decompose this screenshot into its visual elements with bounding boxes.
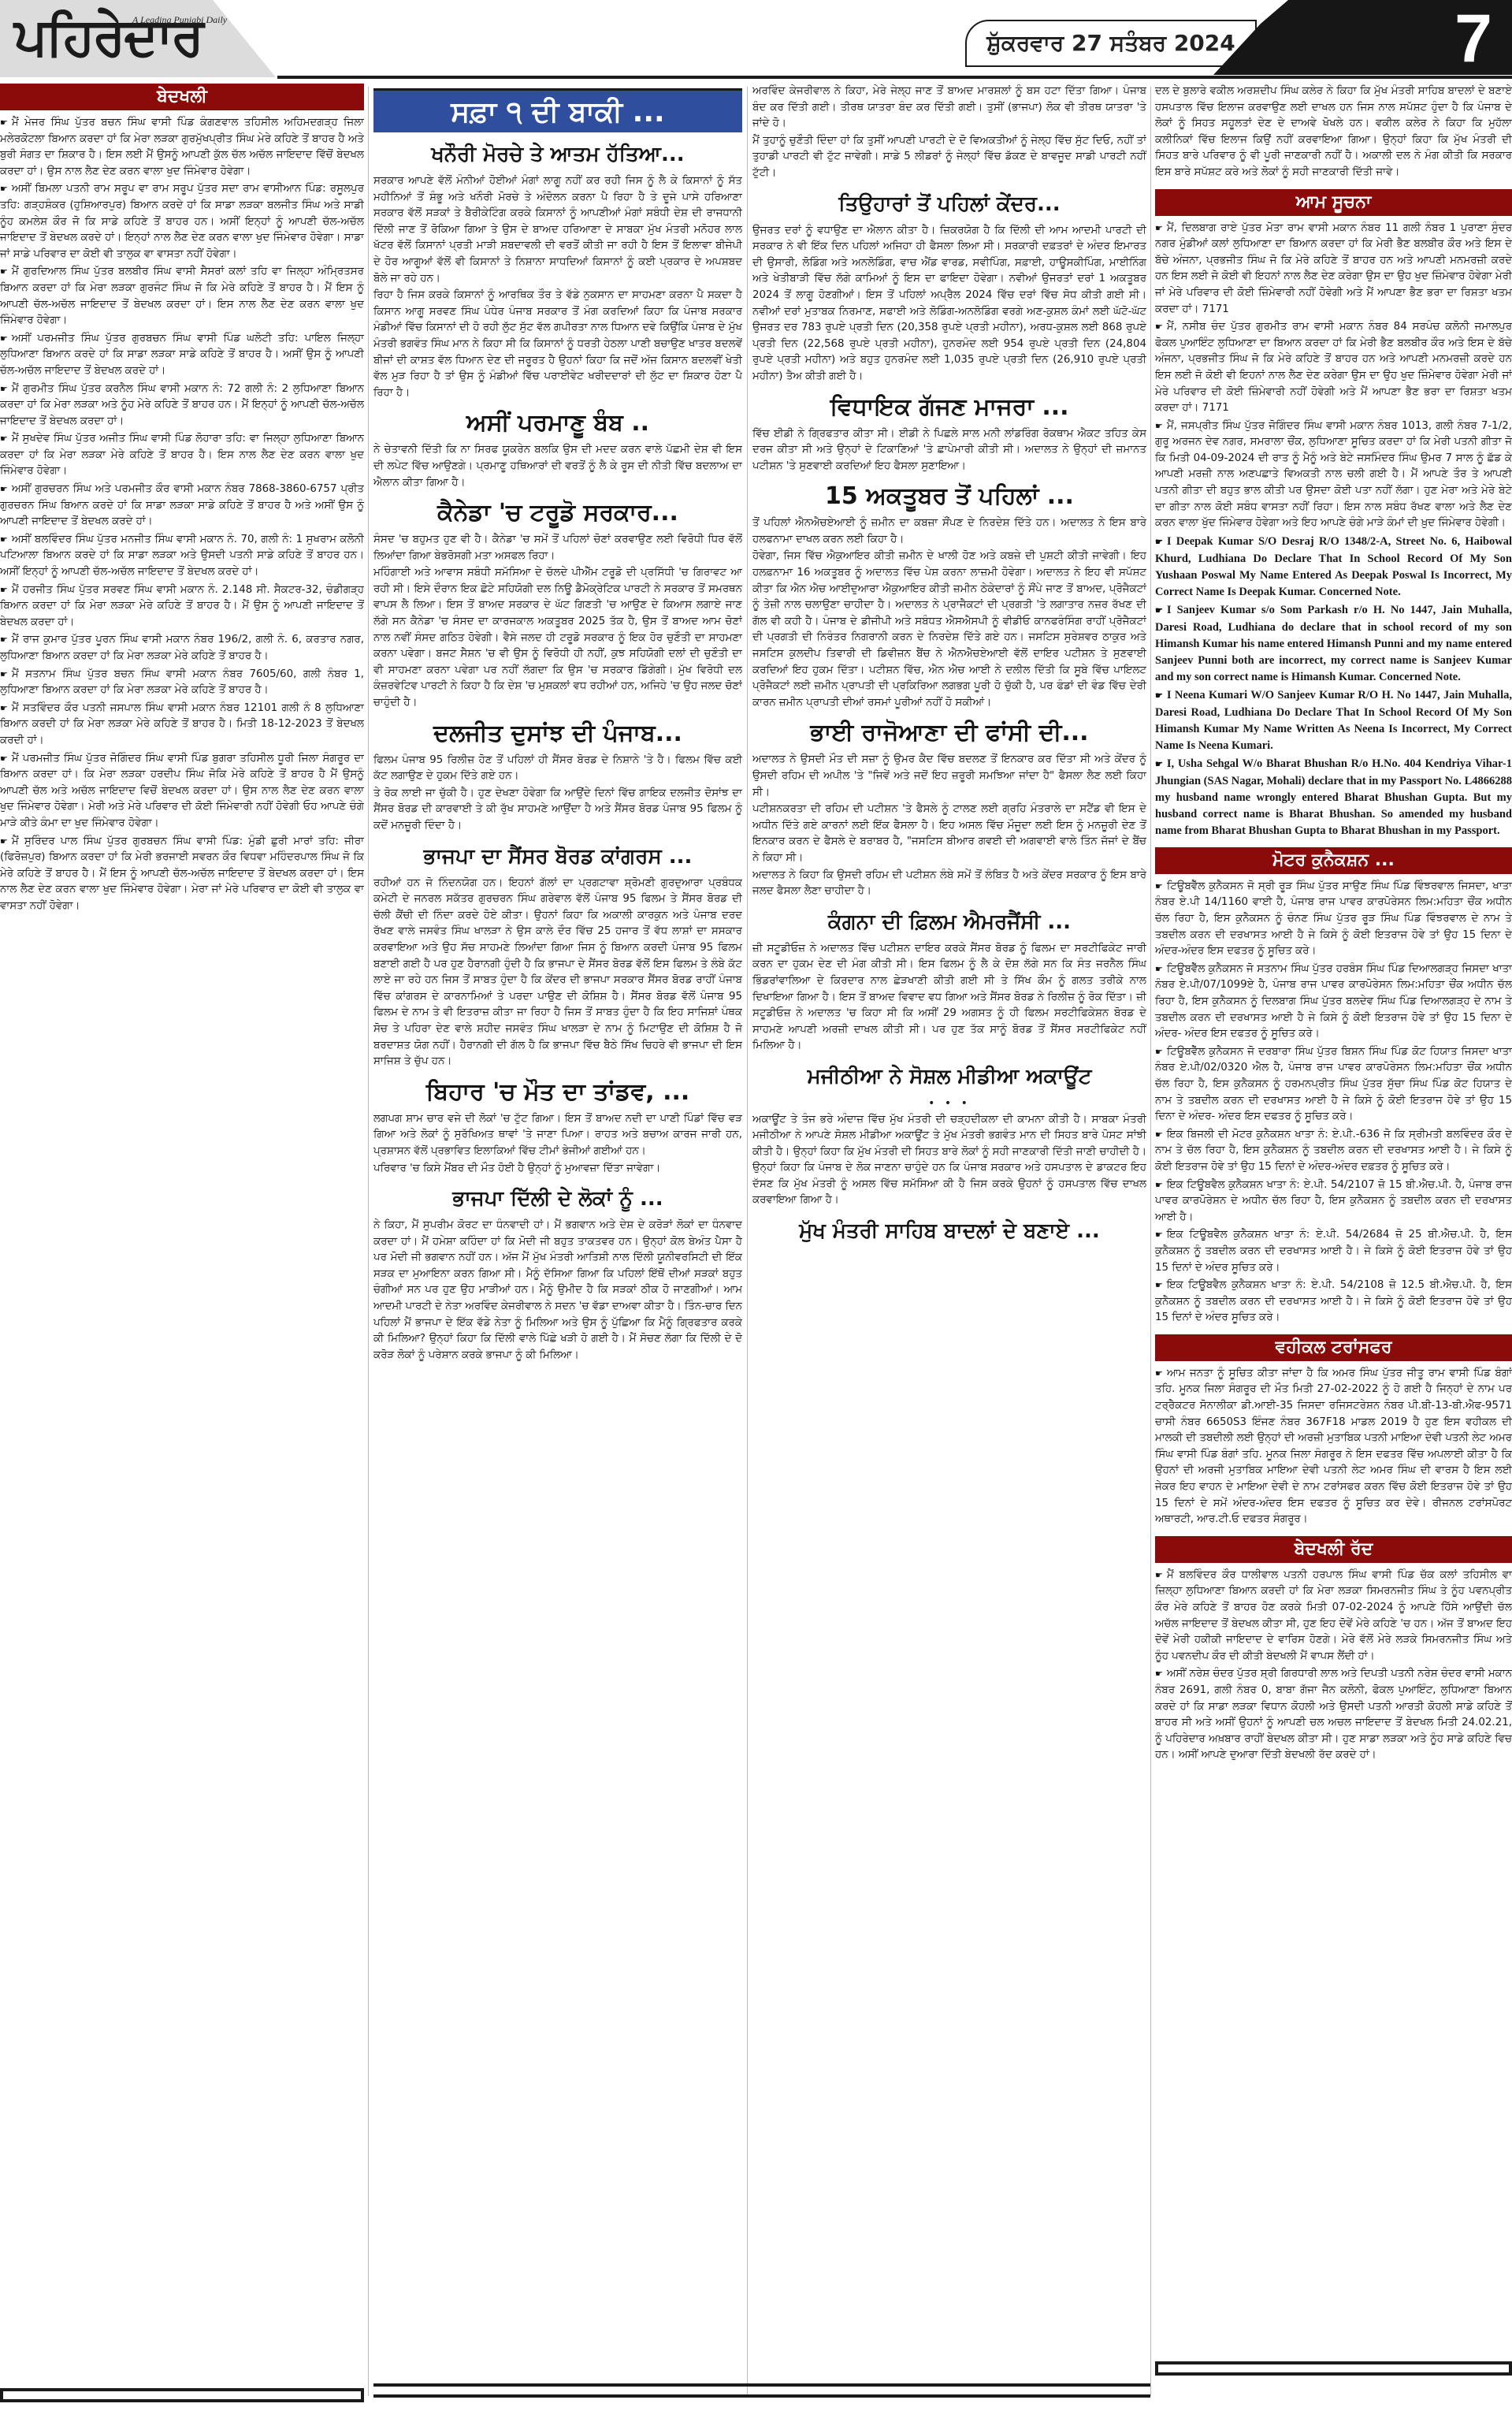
pointing-hand-icon: ☛ <box>1155 419 1163 435</box>
pointing-hand-icon: ☛ <box>1155 1178 1163 1194</box>
pointing-hand-icon: ☛ <box>0 834 8 850</box>
article-paragraph: ਸਰਕਾਰ ਆਪਣੇ ਵੱਲੋਂ ਮੰਨੀਆਂ ਹੋਈਆਂ ਮੰਗਾਂ ਲਾਗੂ… <box>373 173 742 287</box>
pointing-hand-icon: ☛ <box>0 582 8 599</box>
pointing-hand-icon: ☛ <box>1155 688 1163 705</box>
notice-item: ☛ਮੈਂ, ਨਸੀਬ ਚੰਦ ਪੁੱਤਰ ਗੁਰਮੀਤ ਰਾਮ ਵਾਸੀ ਮਕਾ… <box>1155 319 1512 417</box>
article-headline[interactable]: ਕੰਗਨਾ ਦੀ ਫ਼ਿਲਮ ਐਮਰਜੈਂਸੀ ... <box>752 905 1146 939</box>
pointing-hand-icon: ☛ <box>0 701 8 717</box>
footer-rule-left <box>0 2388 364 2402</box>
notice-text: ਮੈਂ ਮੇਜਰ ਸਿੰਘ ਪੁੱਤਰ ਬਚਨ ਸਿੰਘ ਵਾਸੀ ਪਿੰਡ ਕ… <box>0 117 364 177</box>
article-headline[interactable]: 15 ਅਕਤੂਬਰ ਤੋਂ ਪਹਿਲਾਂ ... <box>752 479 1146 514</box>
notice-item: ☛ਮੈਂ ਗੁਰਦਿਆਲ ਸਿੰਘ ਪੁੱਤਰ ਬਲਬੀਰ ਸਿੰਘ ਵਾਸੀ … <box>0 264 364 329</box>
continued-from-page-1-banner: ਸਫ਼ਾ ੧ ਦੀ ਬਾਕੀ ... <box>373 88 742 132</box>
news-column-middle-2: ਅਰਵਿੰਦ ਕੇਜਰੀਵਾਲ ਨੇ ਕਿਹਾ, ਮੇਰੇ ਜੇਲ੍ਹ ਜਾਣ … <box>752 84 1146 2401</box>
notice-text: ਮੈਂ ਪਰਮਜੀਤ ਸਿੰਘ ਪੁੱਤਰ ਜੋਗਿੰਦਰ ਸਿੰਘ ਵਾਸੀ … <box>0 753 364 829</box>
notice-text: ਅਸੀਂ ਬਲਵਿੰਦਰ ਸਿੰਘ ਪੁੱਤਰ ਮਨਜੀਤ ਸਿੰਘ ਵਾਸੀ … <box>0 534 364 578</box>
notice-text: ਮੈਂ ਗੁਰਮੀਤ ਸਿੰਘ ਪੁੱਤਰ ਕਰਨੈਲ ਸਿੰਘ ਵਾਸੀ ਮਕ… <box>0 383 364 427</box>
article-paragraph: ਮੈਂ ਤੁਹਾਨੂੰ ਚੁਣੌਤੀ ਦਿੰਦਾ ਹਾਂ ਕਿ ਤੁਸੀਂ ਆਪ… <box>752 133 1146 182</box>
pointing-hand-icon: ☛ <box>1155 1127 1163 1144</box>
notice-text: ਅਸੀਂ ਗੁਰਚਰਨ ਸਿੰਘ ਅਤੇ ਪਰਮਜੀਤ ਕੌਰ ਵਾਸੀ ਮਕਾ… <box>0 483 364 527</box>
notice-item: ☛ਇਕ ਟਿਊਬਵੈਲ ਕੁਨੈਕਸ਼ਨ ਖਾਤਾ ਨੰ: ਏ.ਪੀ. 54/2… <box>1155 1278 1512 1326</box>
notice-item: ☛I Deepak Kumar S/O Desraj R/O 1348/2-A,… <box>1155 534 1512 601</box>
pointing-hand-icon: ☛ <box>0 751 8 768</box>
notice-item: ☛ਮੈਂ, ਦਿਲਬਾਗ ਰਾਏ ਪੁੱਤਰ ਮੋਤਾ ਰਾਮ ਵਾਸੀ ਮਕਾ… <box>1155 221 1512 318</box>
header-rule <box>277 76 1512 79</box>
notice-item: ☛ਮੈਂ, ਜਸਪ੍ਰੀਤ ਸਿੰਘ ਪੁੱਤਰ ਜੋਗਿੰਦਰ ਸਿੰਘ ਵਾ… <box>1155 419 1512 532</box>
article-paragraph: ਪਟੀਸ਼ਨਕਰਤਾ ਦੀ ਰਹਿਮ ਦੀ ਪਟੀਸ਼ਨ 'ਤੇ ਫੈਸਲੇ ਨ… <box>752 802 1146 866</box>
notice-text: I, Usha Sehgal W/o Bharat Bhushan R/o H.… <box>1155 757 1512 837</box>
pointing-hand-icon: ☛ <box>1155 221 1163 237</box>
notice-text: ਅਸੀਂ ਪਰਮਜੀਤ ਸਿੰਘ ਪੁੱਤਰ ਗੁਰਬਚਨ ਸਿੰਘ ਵਾਸੀ … <box>0 333 364 377</box>
article-paragraph: ਰਹੀਆਂ ਹਨ ਜੋ ਨਿੰਦਨਯੋਗ ਹਨ। ਇਹਨਾਂ ਗੱਲਾਂ ਦਾ … <box>373 876 742 1070</box>
notice-item: ☛ਇਕ ਬਿਜਲੀ ਦੀ ਮੋਟਰ ਕੁਨੈਕਸ਼ਨ ਖਾਤਾ ਨੰ: ਏ.ਪੀ… <box>1155 1127 1512 1176</box>
notice-item: ☛ਮੈਂ ਸੁਖਦੇਵ ਸਿੰਘ ਪੁੱਤਰ ਅਜੀਤ ਸਿੰਘ ਵਾਸੀ ਪਿ… <box>0 431 364 480</box>
section-title: ਆਮ ਸੂਚਨਾ <box>1155 189 1512 216</box>
article-headline[interactable]: ਦਲਜੀਤ ਦੁਸਾਂਝ ਦੀ ਪੰਜਾਬ... <box>373 716 742 751</box>
notice-item: ☛ਟਿਊਬਵੈੱਲ ਕੁਨੈਕਸਨ ਜੋ ਸਤਨਾਮ ਸਿੰਘ ਪੁੱਤਰ ਹਰ… <box>1155 962 1512 1043</box>
notice-item: ☛ਆਮ ਜਨਤਾ ਨੂੰ ਸੂਚਿਤ ਕੀਤਾ ਜਾਂਦਾ ਹੈ ਕਿ ਅਮਰ … <box>1155 1366 1512 1528</box>
notice-item: ☛I, Usha Sehgal W/o Bharat Bhushan R/o H… <box>1155 756 1512 839</box>
footer-rule-middle <box>373 2383 1150 2387</box>
notice-text: I Neena Kumari W/O Sanjeev Kumar R/O H. … <box>1155 689 1512 752</box>
article-paragraph: ਉਜਰਤ ਦਰਾਂ ਨੂੰ ਵਧਾਉਣ ਦਾ ਐਲਾਨ ਕੀਤਾ ਹੈ। ਜ਼ਿ… <box>752 223 1146 385</box>
article-paragraph: ਤੋਂ ਪਹਿਲਾਂ ਐਨਐਚਏਆਈ ਨੂੰ ਜ਼ਮੀਨ ਦਾ ਕਬਜ਼ਾ ਸੌ… <box>752 515 1146 548</box>
article-headline[interactable]: ਅਸੀਂ ਪਰਮਾਣੂ ਬੰਬ .. <box>373 406 742 441</box>
article-paragraph: ਰਿਹਾ ਹੈ ਜਿਸ ਕਰਕੇ ਕਿਸਾਨਾਂ ਨੂੰ ਆਰਥਿਕ ਤੌਰ ਤ… <box>373 288 742 401</box>
pointing-hand-icon: ☛ <box>0 632 8 649</box>
notice-text: ਮੈਂ ਸੁਖਦੇਵ ਸਿੰਘ ਪੁੱਤਰ ਅਜੀਤ ਸਿੰਘ ਵਾਸੀ ਪਿੰ… <box>0 433 364 477</box>
notice-text: ਟਿਊਬਵੈੱਲ ਕੁਨੈਕਸਨ ਜੋ ਸ੍ਰੀ ਰੂੜ ਸਿੰਘ ਪੁੱਤਰ … <box>1155 880 1512 957</box>
notice-text: ਮੈਂ, ਦਿਲਬਾਗ ਰਾਏ ਪੁੱਤਰ ਮੋਤਾ ਰਾਮ ਵਾਸੀ ਮਕਾਨ… <box>1155 222 1512 315</box>
newspaper-tagline: A Leading Punjabi Daily <box>132 14 227 26</box>
pointing-hand-icon: ☛ <box>1155 534 1163 551</box>
article-continuation: ਦਲ ਦੇ ਬੁਲਾਰੇ ਵਕੀਲ ਅਰਸ਼ਦੀਪ ਸਿੰਘ ਕਲੇਰ ਨੇ ਕ… <box>1155 84 1512 181</box>
notice-text: ਮੈਂ ਬਲਵਿੰਦਰ ਕੌਰ ਧਾਲੀਵਾਲ ਪਤਨੀ ਹਰਪਾਲ ਸਿੰਘ … <box>1155 1569 1512 1662</box>
article-headline[interactable]: ਵਿਧਾਇਕ ਗੱਜਣ ਮਾਜਰਾ ... <box>752 390 1146 425</box>
article-headline[interactable]: ਕੈਨੇਡਾ 'ਚ ਟਰੂਡੋ ਸਰਕਾਰ... <box>373 496 742 530</box>
article-paragraph: ਪਰਿਵਾਰ 'ਚ ਕਿਸੇ ਮੈਂਬਰ ਦੀ ਮੌਤ ਹੋਈ ਹੈ ਉਨ੍ਹਾ… <box>373 1161 742 1178</box>
column-divider <box>368 87 369 2396</box>
article-paragraph: ਅਦਾਲਤ ਨੇ ਉਸਦੀ ਮੌਤ ਦੀ ਸਜ਼ਾ ਨੂੰ ਉਮਰ ਕੈਦ ਵਿ… <box>752 752 1146 801</box>
classified-sections: ਆਮ ਸੂਚਨਾ☛ਮੈਂ, ਦਿਲਬਾਗ ਰਾਏ ਪੁੱਤਰ ਮੋਤਾ ਰਾਮ … <box>1155 189 1512 1764</box>
pointing-hand-icon: ☛ <box>0 667 8 683</box>
section-title: ਮੋਟਰ ਕੁਨੈਕਸ਼ਨ ... <box>1155 847 1512 874</box>
notice-text: I Deepak Kumar S/O Desraj R/O 1348/2-A, … <box>1155 535 1512 598</box>
notice-text: I Sanjeev Kumar s/o Som Parkash r/o H. N… <box>1155 604 1512 683</box>
notice-text: ਟਿਊਬਵੈੱਲ ਕੁਨੈਕਸਨ ਜੋ ਸਤਨਾਮ ਸਿੰਘ ਪੁੱਤਰ ਹਰਬ… <box>1155 963 1512 1040</box>
pointing-hand-icon: ☛ <box>0 532 8 549</box>
masthead: ਪਹਿਰੇਦਾਰ A Leading Punjabi Daily ਸ਼ੁੱਕਰਵ… <box>0 0 1512 79</box>
section-title-bedakhli: ਬੇਦਖਲੀ <box>0 84 364 110</box>
notice-text: ਮੈਂ, ਜਸਪ੍ਰੀਤ ਸਿੰਘ ਪੁੱਤਰ ਜੋਗਿੰਦਰ ਸਿੰਘ ਵਾਸ… <box>1155 420 1512 530</box>
page-number: 7 <box>1442 3 1505 74</box>
column-divider <box>747 87 748 2396</box>
pointing-hand-icon: ☛ <box>1155 1366 1163 1382</box>
article-headline[interactable]: ਮੁੱਖ ਮੰਤਰੀ ਸਾਹਿਬ ਬਾਦਲਾਂ ਦੇ ਬਣਾਏ ... <box>752 1214 1146 1248</box>
article-paragraph: ਦਲ ਦੇ ਬੁਲਾਰੇ ਵਕੀਲ ਅਰਸ਼ਦੀਪ ਸਿੰਘ ਕਲੇਰ ਨੇ ਕ… <box>1155 84 1512 181</box>
article-paragraph: ਅਰਵਿੰਦ ਕੇਜਰੀਵਾਲ ਨੇ ਕਿਹਾ, ਮੇਰੇ ਜੇਲ੍ਹ ਜਾਣ … <box>752 84 1146 132</box>
article-headline[interactable]: ਬਿਹਾਰ 'ਚ ਮੌਤ ਦਾ ਤਾਂਡਵ, ... <box>373 1075 742 1110</box>
notice-item: ☛ਮੈਂ ਸਤਵਿੰਦਰ ਕੌਰ ਪਤਨੀ ਜਸਪਾਲ ਸਿੰਘ ਵਾਸੀ ਮਕ… <box>0 701 364 750</box>
article-headline[interactable]: ਭਾਜਪਾ ਦਾ ਸੈਂਸਰ ਬੋਰਡ ਕਾਂਗਰਸ ... <box>373 839 742 874</box>
notice-text: ਮੈਂ ਰਾਜ ਕੁਮਾਰ ਪੁੱਤਰ ਪੂਰਨ ਸਿੰਘ ਵਾਸੀ ਮਕਾਨ … <box>0 634 364 662</box>
pointing-hand-icon: ☛ <box>1155 1278 1163 1294</box>
notice-item: ☛ਮੈਂ ਬਲਵਿੰਦਰ ਕੌਰ ਧਾਲੀਵਾਲ ਪਤਨੀ ਹਰਪਾਲ ਸਿੰਘ… <box>1155 1568 1512 1665</box>
article-paragraph: ਮਹਿੰਗਾਈ ਅਤੇ ਆਵਾਸ ਸਬੰਧੀ ਸਮੱਸਿਆ ਦੇ ਚੱਲਦੇ ਪ… <box>373 565 742 711</box>
notice-item: ☛ਇਕ ਟਿਊਬਵੈਲ ਕੁਨੈਕਸ਼ਨ ਖਾਤਾ ਨੰ: ਏ.ਪੀ. 54/2… <box>1155 1178 1512 1226</box>
notice-text: ਆਮ ਜਨਤਾ ਨੂੰ ਸੂਚਿਤ ਕੀਤਾ ਜਾਂਦਾ ਹੈ ਕਿ ਅਮਰ ਸ… <box>1155 1367 1512 1525</box>
pointing-hand-icon: ☛ <box>1155 1666 1163 1683</box>
pointing-hand-icon: ☛ <box>1155 879 1163 895</box>
notice-item: ☛ਅਸੀਂ ਬਲਵਿੰਦਰ ਸਿੰਘ ਪੁੱਤਰ ਮਨਜੀਤ ਸਿੰਘ ਵਾਸੀ… <box>0 532 364 581</box>
notice-item: ☛ਮੈਂ ਮੇਜਰ ਸਿੰਘ ਪੁੱਤਰ ਬਚਨ ਸਿੰਘ ਵਾਸੀ ਪਿੰਡ … <box>0 115 364 180</box>
classifieds-column-right: ਦਲ ਦੇ ਬੁਲਾਰੇ ਵਕੀਲ ਅਰਸ਼ਦੀਪ ਸਿੰਘ ਕਲੇਰ ਨੇ ਕ… <box>1155 84 1512 2401</box>
news-column-middle: ਸਫ਼ਾ ੧ ਦੀ ਬਾਕੀ ... ਖਨੌਰੀ ਮੋਰਚੇ ਤੇ ਆਤਮ ਹੱ… <box>373 84 742 2401</box>
article-paragraph: ਵਿੱਚ ਈਡੀ ਨੇ ਗ੍ਰਿਫਤਾਰ ਕੀਤਾ ਸੀ। ਈਡੀ ਨੇ ਪਿਛ… <box>752 426 1146 475</box>
article-paragraph: ਜ਼ੀ ਸਟੂਡੀਓਜ਼ ਨੇ ਅਦਾਲਤ ਵਿੱਚ ਪਟੀਸ਼ਨ ਦਾਇਰ ਕ… <box>752 941 1146 1055</box>
article-headline[interactable]: ਤਿਉਹਾਰਾਂ ਤੋਂ ਪਹਿਲਾਂ ਕੇਂਦਰ... <box>752 187 1146 221</box>
notice-item: ☛ਮੈਂ ਹਰਜੀਤ ਸਿੰਘ ਪੁੱਤਰ ਸਰਵਣ ਸਿੰਘ ਵਾਸੀ ਮਕਾ… <box>0 582 364 631</box>
notice-text: ਇਕ ਬਿਜਲੀ ਦੀ ਮੋਟਰ ਕੁਨੈਕਸ਼ਨ ਖਾਤਾ ਨੰ: ਏ.ਪੀ.… <box>1155 1129 1512 1173</box>
pointing-hand-icon: ☛ <box>1155 1227 1163 1244</box>
pointing-hand-icon: ☛ <box>0 181 8 198</box>
pointing-hand-icon: ☛ <box>0 431 8 448</box>
notice-item: ☛I Neena Kumari W/O Sanjeev Kumar R/O H.… <box>1155 687 1512 754</box>
notice-text: ਮੈਂ ਸਤਵਿੰਦਰ ਕੌਰ ਪਤਨੀ ਜਸਪਾਲ ਸਿੰਘ ਵਾਸੀ ਮਕਾ… <box>0 702 364 746</box>
notice-list: ☛ਮੈਂ ਮੇਜਰ ਸਿੰਘ ਪੁੱਤਰ ਬਚਨ ਸਿੰਘ ਵਾਸੀ ਪਿੰਡ … <box>0 115 364 915</box>
notice-text: ਇਕ ਟਿਊਬਵੈਲ ਕੁਨੈਕਸ਼ਨ ਖਾਤਾ ਨੰ: ਏ.ਪੀ. 54/21… <box>1155 1179 1512 1223</box>
article-paragraph: ਫਿਲਮ ਪੰਜਾਬ 95 ਰਿਲੀਜ਼ ਹੋਣ ਤੋਂ ਪਹਿਲਾਂ ਹੀ ਸ… <box>373 753 742 785</box>
notice-item: ☛ਮੈਂ ਸਤਨਾਮ ਸਿੰਘ ਪੁੱਤਰ ਬਚਨ ਸਿੰਘ ਵਾਸੀ ਮਕਾਨ… <box>0 667 364 699</box>
article-list: ਅਰਵਿੰਦ ਕੇਜਰੀਵਾਲ ਨੇ ਕਿਹਾ, ਮੇਰੇ ਜੇਲ੍ਹ ਜਾਣ … <box>752 84 1146 1248</box>
article-paragraph: ਅਦਾਲਤ ਨੇ ਕਿਹਾ ਕਿ ਉਸਦੀ ਰਹਿਮ ਦੀ ਪਟੀਸ਼ਨ ਲੰਬ… <box>752 868 1146 900</box>
notice-item: ☛I Sanjeev Kumar s/o Som Parkash r/o H. … <box>1155 602 1512 686</box>
article-paragraph: ਨੇ ਕਿਹਾ, ਮੈਂ ਸੁਪਰੀਮ ਕੋਰਟ ਦਾ ਧੰਨਵਾਦੀ ਹਾਂ।… <box>373 1218 742 1364</box>
article-headline[interactable]: ਮਜੀਠੀਆ ਨੇ ਸੋਸ਼ਲ ਮੀਡੀਆ ਅਕਾਊਂਟ <box>752 1059 1146 1094</box>
notice-item: ☛ਮੈਂ ਸੁਰਿੰਦਰ ਪਾਲ ਸਿੰਘ ਪੁੱਤਰ ਗੁਰਬਚਨ ਸਿੰਘ … <box>0 834 364 915</box>
notice-item: ☛ਟਿਊਬਵੈੱਲ ਕੁਨੈਕਸਨ ਜੋ ਸ੍ਰੀ ਰੂੜ ਸਿੰਘ ਪੁੱਤਰ… <box>1155 879 1512 960</box>
pointing-hand-icon: ☛ <box>1155 1568 1163 1584</box>
article-paragraph: ਹੋਵੇਗਾ, ਜਿਸ ਵਿੱਚ ਐਕੁਆਇਰ ਕੀਤੀ ਜ਼ਮੀਨ ਦੇ ਖਾ… <box>752 549 1146 711</box>
footer-rule-right <box>1155 2361 1512 2376</box>
classifieds-column-left: ਬੇਦਖਲੀ ☛ਮੈਂ ਮੇਜਰ ਸਿੰਘ ਪੁੱਤਰ ਬਚਨ ਸਿੰਘ ਵਾਸ… <box>0 84 364 2385</box>
pointing-hand-icon: ☛ <box>1155 962 1163 978</box>
pointing-hand-icon: ☛ <box>1155 757 1163 773</box>
pointing-hand-icon: ☛ <box>1155 603 1163 619</box>
notice-item: ☛ਮੈਂ ਪਰਮਜੀਤ ਸਿੰਘ ਪੁੱਤਰ ਜੋਗਿੰਦਰ ਸਿੰਘ ਵਾਸੀ… <box>0 751 364 832</box>
notice-text: ਮੈਂ ਸੁਰਿੰਦਰ ਪਾਲ ਸਿੰਘ ਪੁੱਤਰ ਗੁਰਬਚਨ ਸਿੰਘ ਵ… <box>0 835 364 912</box>
notice-text: ਮੈਂ ਸਤਨਾਮ ਸਿੰਘ ਪੁੱਤਰ ਬਚਨ ਸਿੰਘ ਵਾਸੀ ਮਕਾਨ … <box>0 668 364 697</box>
separator-dots: • • • <box>752 1096 1146 1112</box>
notice-item: ☛ਇਕ ਟਿਊਬਵੈਲ ਕੁਨੈਕਸ਼ਨ ਖਾਤਾ ਨੰ: ਏ.ਪੀ. 54/2… <box>1155 1227 1512 1276</box>
article-paragraph: ਲਗਪਗ ਸ਼ਾਮ ਚਾਰ ਵਜੇ ਦੀ ਲੋਕਾਂ 'ਚ ਟੁੱਟ ਗਿਆ। … <box>373 1111 742 1160</box>
pointing-hand-icon: ☛ <box>0 115 8 132</box>
notice-text: ਇਕ ਟਿਊਬਵੈਲ ਕੁਨੈਕਸ਼ਨ ਖਾਤਾ ਨੰ: ਏ.ਪੀ. 54/21… <box>1155 1279 1512 1323</box>
footer-rule-middle-2 <box>373 2394 1150 2398</box>
notice-item: ☛ਅਸੀਂ ਪਰਮਜੀਤ ਸਿੰਘ ਪੁੱਤਰ ਗੁਰਬਚਨ ਸਿੰਘ ਵਾਸੀ… <box>0 331 364 380</box>
article-paragraph: ਅਕਾਊਂਟ ਤੇ ਤੰਜ ਭਰੇ ਅੰਦਾਜ਼ ਵਿੱਚ ਮੁੱਖ ਮੰਤਰੀ… <box>752 1112 1146 1210</box>
notice-item: ☛ਟਿਊਬਵੈੱਲ ਕੁਨੈਕਸਨ ਜੋ ਦਰਬਾਰਾ ਸਿੰਘ ਪੁੱਤਰ ਬ… <box>1155 1044 1512 1126</box>
pointing-hand-icon: ☛ <box>0 331 8 348</box>
notice-text: ਮੈਂ ਗੁਰਦਿਆਲ ਸਿੰਘ ਪੁੱਤਰ ਬਲਬੀਰ ਸਿੰਘ ਵਾਸੀ ਸ… <box>0 266 364 326</box>
notice-item: ☛ਮੈਂ ਰਾਜ ਕੁਮਾਰ ਪੁੱਤਰ ਪੂਰਨ ਸਿੰਘ ਵਾਸੀ ਮਕਾਨ… <box>0 632 364 664</box>
pointing-hand-icon: ☛ <box>0 264 8 281</box>
notice-text: ਮੈਂ ਹਰਜੀਤ ਸਿੰਘ ਪੁੱਤਰ ਸਰਵਣ ਸਿੰਘ ਵਾਸੀ ਮਕਾਨ… <box>0 584 364 628</box>
section-title: ਬੇਦਖਲੀ ਰੱਦ <box>1155 1536 1512 1563</box>
section-title: ਵਹੀਕਲ ਟਰਾਂਸਫਰ <box>1155 1334 1512 1361</box>
column-divider <box>1150 87 1151 2396</box>
notice-text: ਮੈਂ, ਨਸੀਬ ਚੰਦ ਪੁੱਤਰ ਗੁਰਮੀਤ ਰਾਮ ਵਾਸੀ ਮਕਾਨ… <box>1155 321 1512 414</box>
notice-item: ☛ਅਸੀਂ ਬਿਮਲਾ ਪਤਨੀ ਰਾਮ ਸਰੂਪ ਵਾ ਰਾਮ ਸਰੂਪ ਪੁ… <box>0 181 364 262</box>
pointing-hand-icon: ☛ <box>1155 1044 1163 1061</box>
issue-date: ਸ਼ੁੱਕਰਵਾਰ 27 ਸਤੰਬਰ 2024 <box>965 20 1257 67</box>
article-headline[interactable]: ਭਾਜਪਾ ਦਿੱਲੀ ਦੇ ਲੋਕਾਂ ਨੂੰ ... <box>373 1181 742 1216</box>
article-paragraph: ਨੇ ਚੇਤਾਵਨੀ ਦਿੱਤੀ ਕਿ ਨਾ ਸਿਰਫ ਯੂਕਰੇਨ ਬਲਕਿ … <box>373 442 742 491</box>
notice-text: ਅਸੀਂ ਬਿਮਲਾ ਪਤਨੀ ਰਾਮ ਸਰੂਪ ਵਾ ਰਾਮ ਸਰੂਪ ਪੁੱ… <box>0 183 364 259</box>
notice-text: ਅਸੀਂ ਨਰੇਸ਼ ਚੰਦਰ ਪੁੱਤਰ ਸ਼੍ਰੀ ਗਿਰਧਾਰੀ ਲਾਲ … <box>1155 1668 1512 1761</box>
pointing-hand-icon: ☛ <box>0 482 8 498</box>
notice-item: ☛ਅਸੀਂ ਗੁਰਚਰਨ ਸਿੰਘ ਅਤੇ ਪਰਮਜੀਤ ਕੌਰ ਵਾਸੀ ਮਕ… <box>0 482 364 530</box>
article-headline[interactable]: ਖਨੌਰੀ ਮੋਰਚੇ ਤੇ ਆਤਮ ਹੱਤਿਆ... <box>373 137 742 172</box>
article-paragraph: ਤੇ ਰੋਕ ਲਾਈ ਜਾ ਚੁੱਕੀ ਹੈ। ਹੁਣ ਦੇਖਣਾ ਹੋਵੇਗਾ… <box>373 786 742 835</box>
notice-item: ☛ਅਸੀਂ ਨਰੇਸ਼ ਚੰਦਰ ਪੁੱਤਰ ਸ਼੍ਰੀ ਗਿਰਧਾਰੀ ਲਾਲ… <box>1155 1666 1512 1764</box>
article-paragraph: ਸੰਸਦ 'ਚ ਬਹੁਮਤ ਹੁਣ ਵੀ ਹੈ। ਕੈਨੇਡਾ 'ਚ ਸਮੇਂ … <box>373 532 742 564</box>
article-list: ਖਨੌਰੀ ਮੋਰਚੇ ਤੇ ਆਤਮ ਹੱਤਿਆ...ਸਰਕਾਰ ਆਪਣੇ ਵੱ… <box>373 137 742 1364</box>
article-headline[interactable]: ਭਾਈ ਰਾਜੋਆਣਾ ਦੀ ਫਾਂਸੀ ਦੀ... <box>752 716 1146 750</box>
notice-text: ਇਕ ਟਿਊਬਵੈਲ ਕੁਨੈਕਸ਼ਨ ਖਾਤਾ ਨੰ: ਏ.ਪੀ. 54/26… <box>1155 1229 1512 1273</box>
pointing-hand-icon: ☛ <box>0 381 8 398</box>
pointing-hand-icon: ☛ <box>1155 319 1163 336</box>
notice-item: ☛ਮੈਂ ਗੁਰਮੀਤ ਸਿੰਘ ਪੁੱਤਰ ਕਰਨੈਲ ਸਿੰਘ ਵਾਸੀ ਮ… <box>0 381 364 430</box>
notice-text: ਟਿਊਬਵੈੱਲ ਕੁਨੈਕਸਨ ਜੋ ਦਰਬਾਰਾ ਸਿੰਘ ਪੁੱਤਰ ਬਿ… <box>1155 1046 1512 1122</box>
